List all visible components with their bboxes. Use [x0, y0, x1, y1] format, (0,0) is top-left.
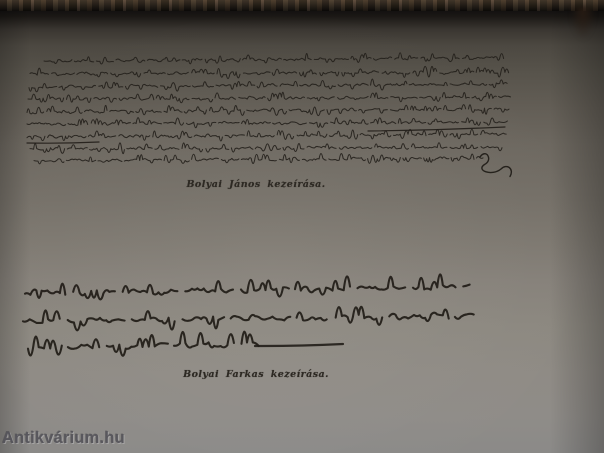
antikvarium-watermark: Antikvárium.hu — [2, 429, 125, 447]
caption-farkas-handwriting: Bolyai Farkas kezeírása. — [183, 369, 329, 381]
farkas-handwriting-sample — [23, 274, 474, 355]
janos-handwriting-sample — [27, 53, 510, 164]
caption-janos-handwriting: Bolyai János kezeírása. — [186, 179, 325, 191]
handwriting-svg — [0, 0, 604, 453]
book-page-photo: Bolyai János kezeírása. Bolyai Farkas ke… — [0, 0, 604, 453]
